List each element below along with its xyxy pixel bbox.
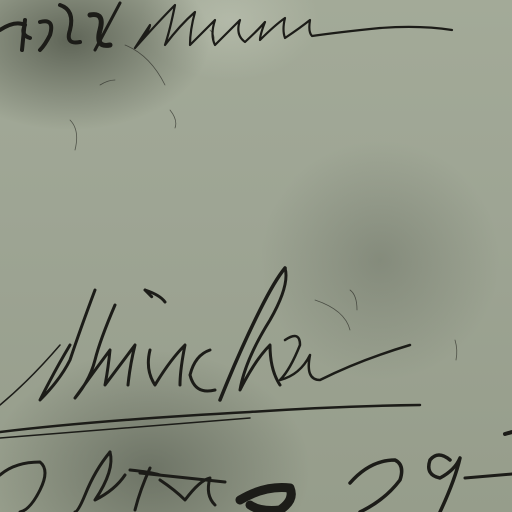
paper-photo: ...ckes Museum München ...straße 29- [0,0,512,512]
handwriting-strokes [0,0,512,512]
